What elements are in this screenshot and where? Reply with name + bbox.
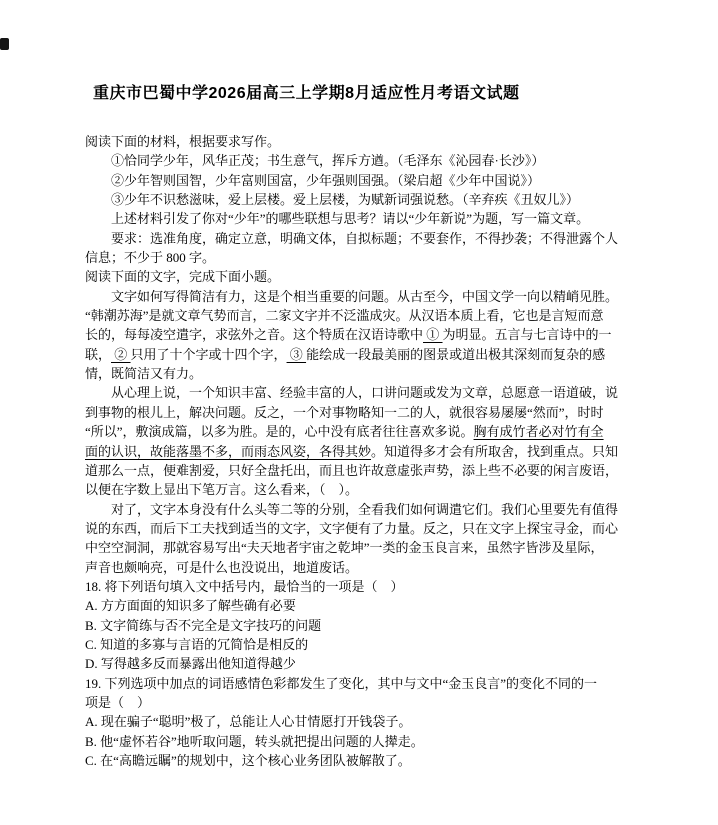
- page-title: 重庆市巴蜀中学2026届高三上学期8月适应性月考语文试题: [93, 84, 635, 104]
- text-line: A. 方方面面的知识多了解些确有必要: [85, 596, 635, 615]
- text-run: ②少年智则国智，少年富则国富，少年强则国强。（梁启超《少年中国说》）: [111, 173, 540, 188]
- text-run: C. 知道的多寡与言语的冗简恰是相反的: [85, 637, 308, 652]
- text-run: 18. 将下列语句填入文中括号内，最恰当的一项是（ ）: [85, 579, 404, 594]
- text-line: 到事物的根儿上，解决问题。反之，一个对事物略知一二的人，就很容易屡屡“然而”，时…: [85, 403, 635, 422]
- text-run: 只用了十个字或十四个字，: [131, 347, 287, 362]
- document-body: 阅读下面的材料，根据要求写作。①恰同学少年，风华正茂；书生意气，挥斥方遒。（毛泽…: [85, 132, 635, 770]
- text-line: 情，既简洁又有力。: [85, 364, 635, 383]
- text-line: B. 他“虚怀若谷”地听取问题，转头就把提出问题的人撵走。: [85, 732, 635, 751]
- text-run: 19. 下列选项中加点的词语感情色彩都发生了变化，其中与文中“金玉良言”的变化不…: [85, 676, 597, 691]
- text-line: 项是（ ）: [85, 693, 635, 712]
- text-run: 情，既简洁又有力。: [85, 366, 202, 381]
- text-run: 到事物的根儿上，解决问题。反之，一个对事物略知一二的人，就很容易屡屡“然而”，时…: [85, 405, 604, 420]
- text-run: “所以”，敷演成篇，以多为胜。是的，心中没有底者往往喜欢多说。: [85, 424, 474, 439]
- text-line: 18. 将下列语句填入文中括号内，最恰当的一项是（ ）: [85, 577, 635, 596]
- text-run: D. 写得越多反而暴露出他知道得越少: [85, 656, 296, 671]
- text-line: ③少年不识愁滋味，爱上层楼。爱上层楼，为赋新词强说愁。（辛弃疾《丑奴儿》）: [85, 190, 635, 209]
- text-line: “所以”，敷演成篇，以多为胜。是的，心中没有底者往往喜欢多说。胸有成竹者必对竹有…: [85, 422, 635, 441]
- text-line: 上述材料引发了你对“少年”的哪些联想与思考？请以“少年新说”为题，写一篇文章。: [85, 209, 635, 228]
- text-run: 。知道得多才会有所取舍，找到重点。只知: [371, 444, 618, 459]
- text-run: 阅读下面的材料，根据要求写作。: [85, 134, 280, 149]
- text-run: 说的东西，而后下工夫找到适当的文字，文字便有了力量。反之，只在文字上探宝寻金，而…: [85, 521, 618, 536]
- text-line: C. 在“高瞻远瞩”的规划中，这个核心业务团队被解散了。: [85, 751, 635, 770]
- text-line: 阅读下面的材料，根据要求写作。: [85, 132, 635, 151]
- underlined-text: 面的认识，故能落墨不多，而雨态风姿，各得其妙: [85, 444, 371, 459]
- text-run: 上述材料引发了你对“少年”的哪些联想与思考？请以“少年新说”为题，写一篇文章。: [111, 211, 589, 226]
- text-line: 面的认识，故能落墨不多，而雨态风姿，各得其妙。知道得多才会有所取舍，找到重点。只…: [85, 442, 635, 461]
- text-run: 以便在字数上显出下笔万言。这么看来，（ ）。: [85, 482, 358, 497]
- text-line: 19. 下列选项中加点的词语感情色彩都发生了变化，其中与文中“金玉良言”的变化不…: [85, 674, 635, 693]
- document-content: 重庆市巴蜀中学2026届高三上学期8月适应性月考语文试题 阅读下面的材料，根据要…: [85, 84, 635, 770]
- text-run: ①恰同学少年，风华正茂；书生意气，挥斥方遒。（毛泽东《沁园春·长沙》）: [111, 153, 544, 168]
- text-run: ③少年不识愁滋味，爱上层楼。爱上层楼，为赋新词强说愁。（辛弃疾《丑奴儿》）: [111, 192, 579, 207]
- text-run: 文字如何写得简洁有力，这是个相当重要的问题。从古至今，中国文学一向以精峭见胜。: [111, 289, 618, 304]
- text-line: 从心理上说，一个知识丰富、经验丰富的人，口讲问题或发为文章，总愿意一语道破，说: [85, 383, 635, 402]
- text-line: 联， ② 只用了十个字或十四个字， ③ 能绘成一段最美丽的图景或道出极其深刻而复…: [85, 345, 635, 364]
- text-run: C. 在“高瞻远瞩”的规划中，这个核心业务团队被解散了。: [85, 753, 411, 768]
- text-run: “韩潮苏海”是就文章气势而言，二家文字并不泛滥成灾。从汉语本质上看，它也是言短而…: [85, 308, 604, 323]
- text-line: 长的，每每凌空遣字，求弦外之音。这个特质在汉语诗歌中 ① 为明显。五言与七言诗中…: [85, 325, 635, 344]
- document-page: 重庆市巴蜀中学2026届高三上学期8月适应性月考语文试题 阅读下面的材料，根据要…: [0, 0, 718, 825]
- text-line: 以便在字数上显出下笔万言。这么看来，（ ）。: [85, 480, 635, 499]
- text-line: D. 写得越多反而暴露出他知道得越少: [85, 654, 635, 673]
- text-line: 要求：选准角度，确定立意，明确文体，自拟标题；不要套作，不得抄袭；不得泄露个人: [85, 229, 635, 248]
- text-run: 长的，每每凌空遣字，求弦外之音。这个特质在汉语诗歌中: [85, 327, 423, 342]
- text-line: 道那么一点，便难割爱，只好全盘托出，而且也许故意虚张声势，添上些不必要的闲言废语…: [85, 461, 635, 480]
- underlined-text: ②: [111, 347, 131, 362]
- text-run: A. 现在骗子“聪明”极了，总能让人心甘情愿打开钱袋子。: [85, 714, 411, 729]
- text-line: 对了，文字本身没有什么头等二等的分别，全看我们如何调遣它们。我们心里要先有值得: [85, 500, 635, 519]
- text-run: 联，: [85, 347, 111, 362]
- underlined-text: ①: [423, 327, 443, 342]
- text-line: 信息；不少于 800 字。: [85, 248, 635, 267]
- text-run: 道那么一点，便难割爱，只好全盘托出，而且也许故意虚张声势，添上些不必要的闲言废语…: [85, 463, 618, 478]
- text-line: B. 文字简练与否不完全是文字技巧的问题: [85, 616, 635, 635]
- text-run: 中空空洞洞，那就容易写出“夫天地者宇宙之乾坤”一类的金玉良言来，虽然字皆涉及星际…: [85, 540, 604, 555]
- text-run: 要求：选准角度，确定立意，明确文体，自拟标题；不要套作，不得抄袭；不得泄露个人: [111, 231, 618, 246]
- text-run: B. 他“虚怀若谷”地听取问题，转头就把提出问题的人撵走。: [85, 734, 424, 749]
- text-run: 能绘成一段最美丽的图景或道出极其深刻而复杂的感: [306, 347, 605, 362]
- text-line: C. 知道的多寡与言语的冗简恰是相反的: [85, 635, 635, 654]
- text-run: 为明显。五言与七言诗中的一: [443, 327, 612, 342]
- text-line: ②少年智则国智，少年富则国富，少年强则国强。（梁启超《少年中国说》）: [85, 171, 635, 190]
- underlined-text: ③: [287, 347, 307, 362]
- text-run: 声音也颇响亮，可是什么也没说出，地道废话。: [85, 560, 358, 575]
- text-line: 说的东西，而后下工夫找到适当的文字，文字便有了力量。反之，只在文字上探宝寻金，而…: [85, 519, 635, 538]
- text-line: 声音也颇响亮，可是什么也没说出，地道废话。: [85, 558, 635, 577]
- text-line: 中空空洞洞，那就容易写出“夫天地者宇宙之乾坤”一类的金玉良言来，虽然字皆涉及星际…: [85, 538, 635, 557]
- scan-artifact-mark: [0, 38, 9, 50]
- text-line: 阅读下面的文字，完成下面小题。: [85, 267, 635, 286]
- text-line: A. 现在骗子“聪明”极了，总能让人心甘情愿打开钱袋子。: [85, 712, 635, 731]
- text-line: “韩潮苏海”是就文章气势而言，二家文字并不泛滥成灾。从汉语本质上看，它也是言短而…: [85, 306, 635, 325]
- text-run: B. 文字简练与否不完全是文字技巧的问题: [85, 618, 321, 633]
- text-line: ①恰同学少年，风华正茂；书生意气，挥斥方遒。（毛泽东《沁园春·长沙》）: [85, 151, 635, 170]
- text-run: 对了，文字本身没有什么头等二等的分别，全看我们如何调遣它们。我们心里要先有值得: [111, 502, 618, 517]
- underlined-text: 胸有成竹者必对竹有全: [474, 424, 604, 439]
- text-run: 从心理上说，一个知识丰富、经验丰富的人，口讲问题或发为文章，总愿意一语道破，说: [111, 385, 618, 400]
- text-run: A. 方方面面的知识多了解些确有必要: [85, 598, 296, 613]
- text-run: 阅读下面的文字，完成下面小题。: [85, 269, 280, 284]
- text-run: 项是（ ）: [85, 695, 150, 710]
- text-line: 文字如何写得简洁有力，这是个相当重要的问题。从古至今，中国文学一向以精峭见胜。: [85, 287, 635, 306]
- text-run: 信息；不少于 800 字。: [85, 250, 215, 265]
